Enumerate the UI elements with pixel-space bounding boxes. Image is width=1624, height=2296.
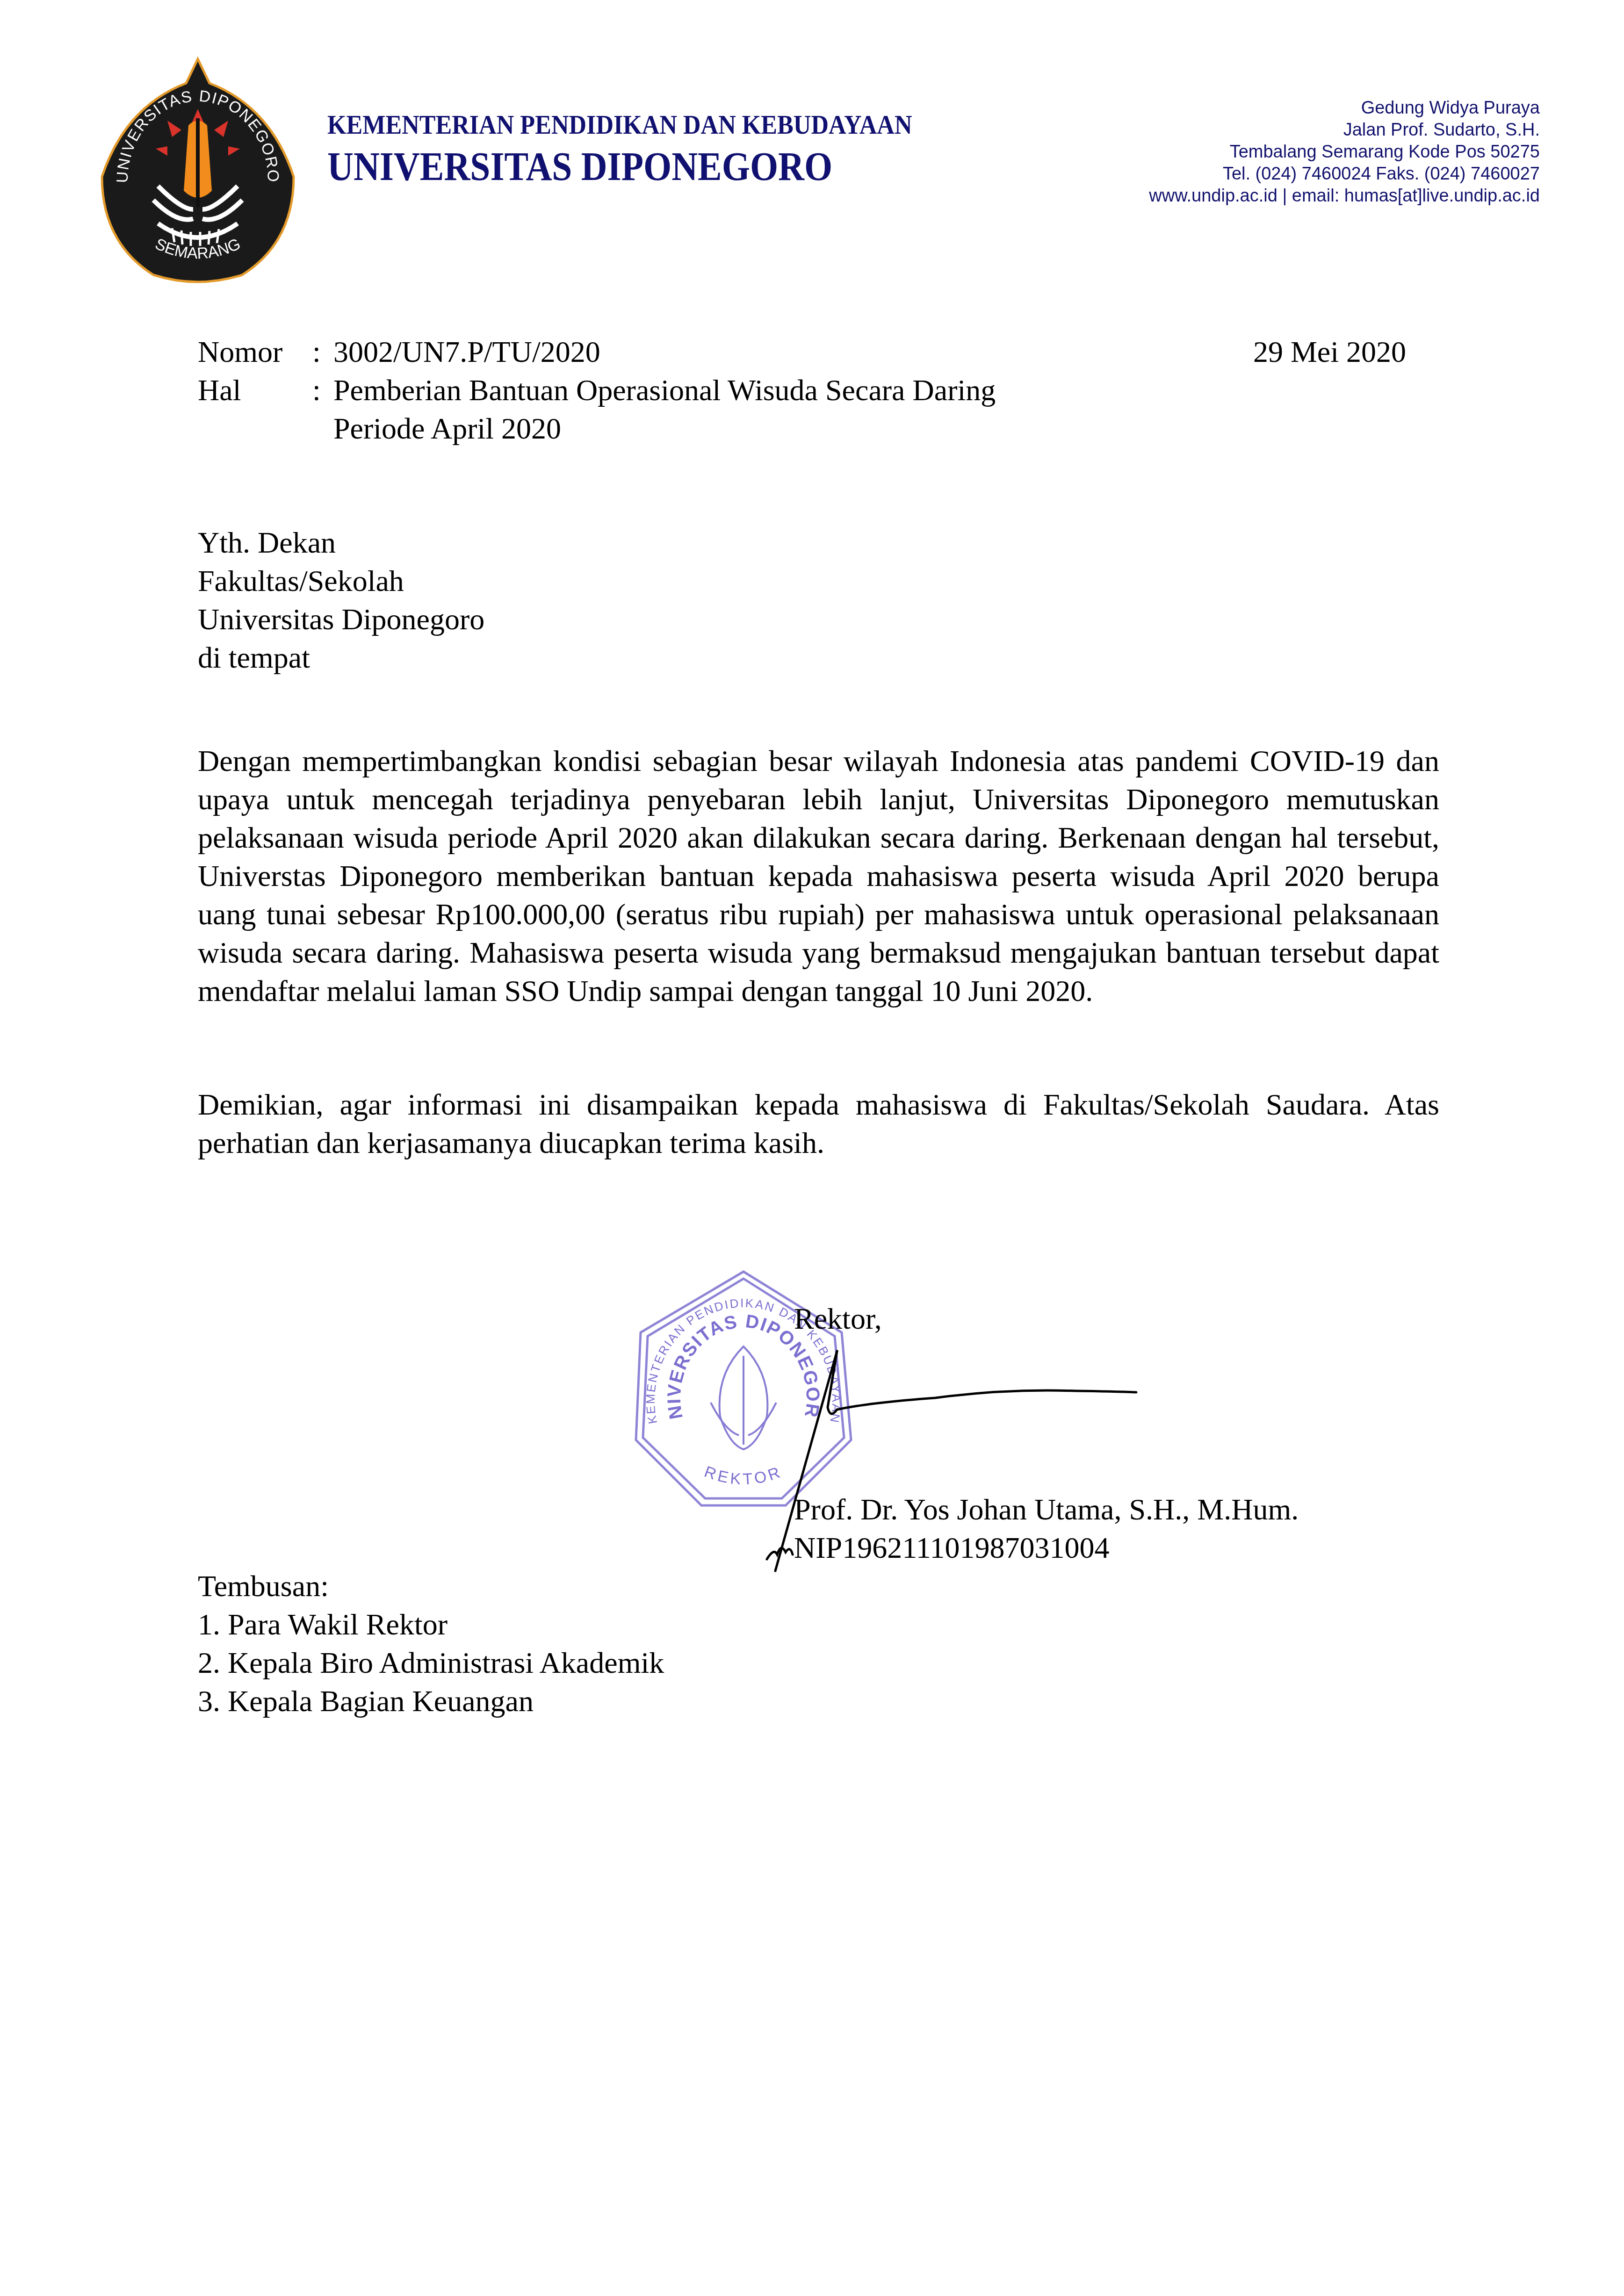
hal-value-continued: Periode April 2020 [333, 410, 561, 448]
body-paragraph-1: Dengan mempertimbangkan kondisi sebagian… [198, 742, 1439, 1010]
recipient-line: Fakultas/Sekolah [198, 562, 484, 600]
signatory-title: Rektor, [794, 1300, 882, 1338]
tembusan-item: 1. Para Wakil Rektor [198, 1605, 664, 1644]
recipient-line: Yth. Dekan [198, 524, 484, 562]
university-name: UNIVERSITAS DIPONEGORO [327, 143, 832, 190]
separator: : [312, 333, 333, 371]
nomor-value: 3002/UN7.P/TU/2020 [333, 333, 600, 371]
closing-text: Demikian, agar informasi ini disampaikan… [198, 1086, 1439, 1162]
signatory-nip: NIP196211101987031004 [794, 1529, 1109, 1567]
contact-street: Jalan Prof. Sudarto, S.H. [1149, 119, 1540, 141]
body-text: Dengan mempertimbangkan kondisi sebagian… [198, 742, 1439, 1010]
letter-meta: Nomor : 3002/UN7.P/TU/2020 Hal : Pemberi… [198, 333, 996, 448]
nomor-label: Nomor [198, 333, 312, 371]
hal-label: Hal [198, 371, 312, 410]
contact-block: Gedung Widya Puraya Jalan Prof. Sudarto,… [1149, 97, 1540, 207]
recipient-block: Yth. Dekan Fakultas/Sekolah Universitas … [198, 524, 484, 677]
contact-web-email: www.undip.ac.id | email: humas[at]live.u… [1149, 185, 1540, 207]
tembusan-item: 2. Kepala Biro Administrasi Akademik [198, 1644, 664, 1682]
tembusan-block: Tembusan: 1. Para Wakil Rektor 2. Kepala… [198, 1567, 664, 1720]
signatory-name: Prof. Dr. Yos Johan Utama, S.H., M.Hum. [794, 1490, 1299, 1529]
body-paragraph-2: Demikian, agar informasi ini disampaikan… [198, 1086, 1439, 1162]
contact-city: Tembalang Semarang Kode Pos 50275 [1149, 141, 1540, 163]
university-seal-icon: UNIVERSITAS DIPONEGORO SEMARANG [88, 55, 308, 289]
ministry-name: KEMENTERIAN PENDIDIKAN DAN KEBUDAYAAN [327, 110, 912, 140]
contact-building: Gedung Widya Puraya [1149, 97, 1540, 119]
contact-phone: Tel. (024) 7460024 Faks. (024) 7460027 [1149, 163, 1540, 185]
tembusan-label: Tembusan: [198, 1567, 664, 1605]
recipient-line: di tempat [198, 639, 484, 677]
letter-date: 29 Mei 2020 [1253, 333, 1406, 371]
separator: : [312, 371, 333, 410]
tembusan-item: 3. Kepala Bagian Keuangan [198, 1682, 664, 1720]
recipient-line: Universitas Diponegoro [198, 600, 484, 639]
hal-value: Pemberian Bantuan Operasional Wisuda Sec… [333, 371, 996, 410]
